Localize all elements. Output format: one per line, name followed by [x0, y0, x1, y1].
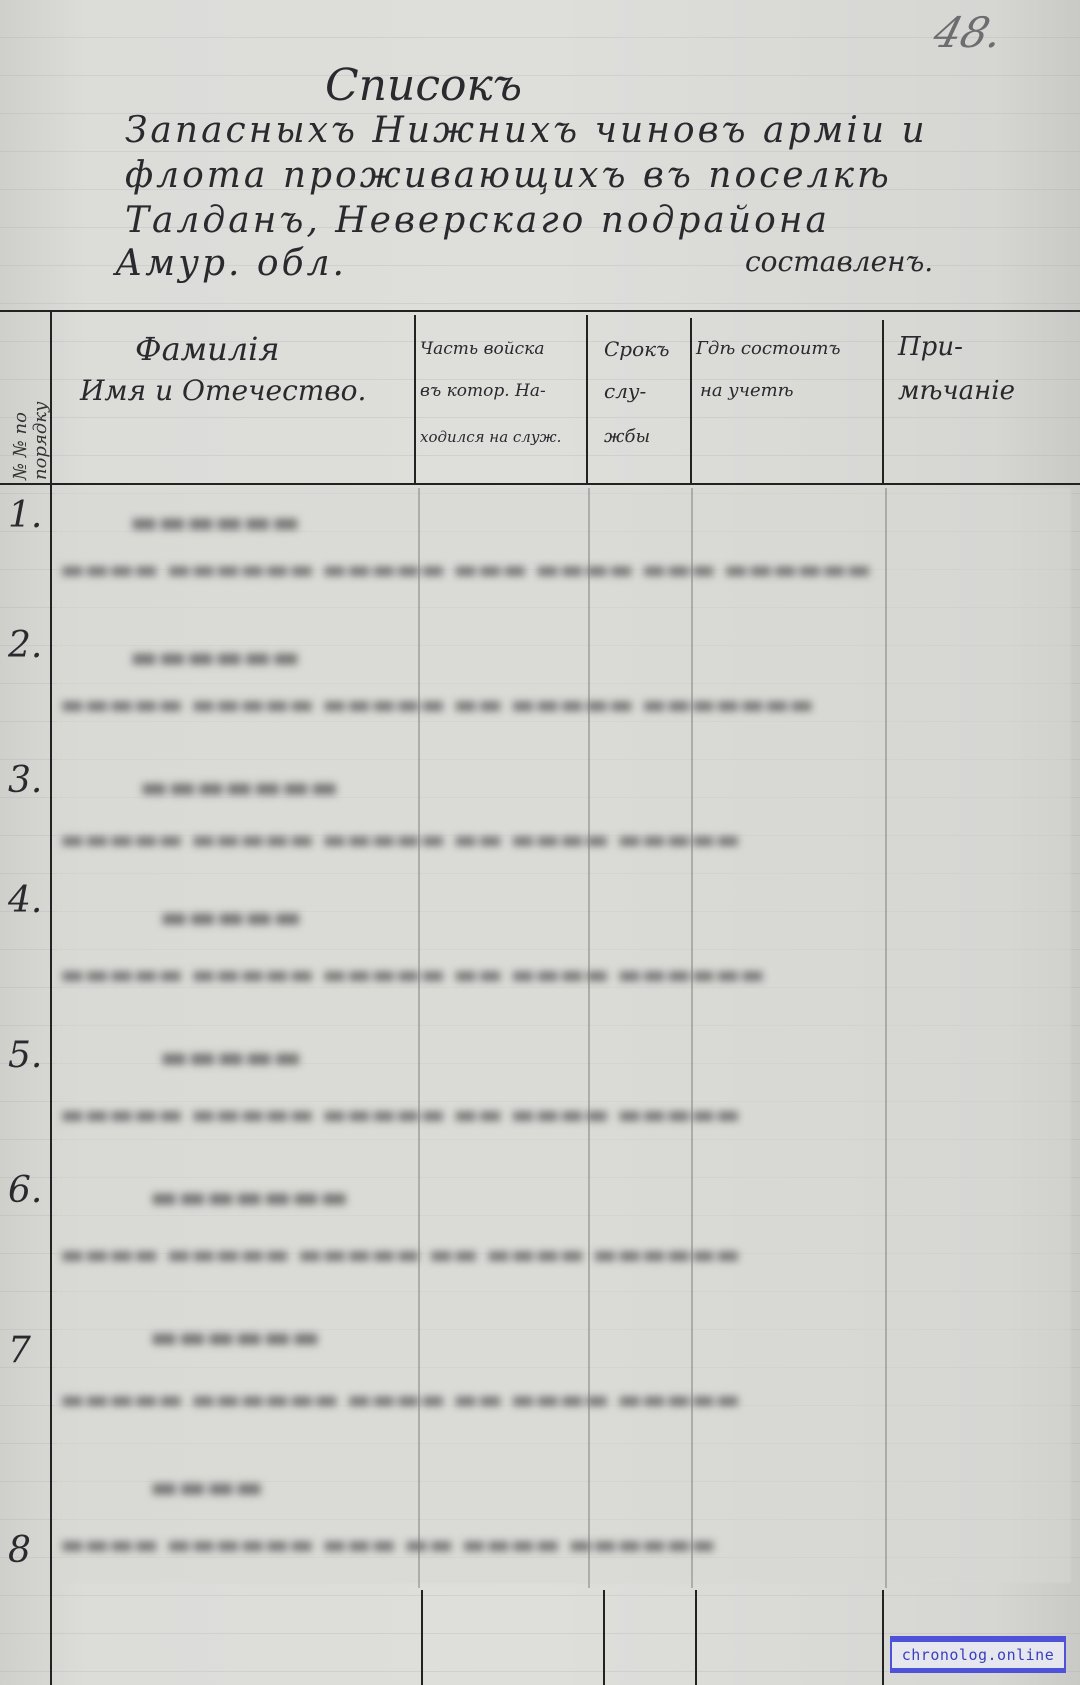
col-divider-unit	[586, 315, 588, 483]
heading-line-1: Запасныхъ Нижнихъ чиновъ арміи и	[125, 110, 928, 151]
col-header-name-l1: Фамилія	[135, 330, 280, 368]
watermark-badge: chronolog.online	[890, 1636, 1066, 1673]
col-header-term-l3: жбы	[604, 418, 650, 456]
col-divider-registry-bottom	[882, 1590, 884, 1685]
row-number: 8	[8, 1530, 31, 1571]
obscured-entry: ▬▬▬▬▬▬	[130, 640, 300, 675]
heading-line-4: Амур. обл.	[115, 243, 347, 284]
row-number: 4.	[8, 880, 42, 921]
obscured-entry: ▬▬▬▬▬▬	[150, 1320, 320, 1355]
obscured-entry: ▬▬▬▬▬▬▬	[150, 1180, 348, 1215]
obscured-entry: ▬▬▬▬▬ ▬▬▬▬▬▬ ▬▬▬▬ ▬▬ ▬▬▬▬ ▬▬▬▬▬	[60, 1385, 740, 1415]
col-header-unit-l3: ходился на служ.	[420, 418, 561, 456]
document-title: Списокъ	[325, 60, 522, 111]
obscured-entry: ▬▬▬▬▬▬	[130, 505, 300, 540]
col-divider-registry	[882, 320, 884, 483]
obscured-entry: ▬▬▬▬▬ ▬▬▬▬▬ ▬▬▬▬▬ ▬▬ ▬▬▬▬ ▬▬▬▬▬	[60, 1100, 740, 1130]
watermark-text: chronolog.online	[892, 1642, 1065, 1668]
blur-col-line	[588, 488, 590, 1588]
blur-col-line	[691, 488, 693, 1588]
col-header-registry-l2: на учетѣ	[700, 372, 794, 410]
header-bottom-border	[0, 483, 1080, 485]
col-header-notes-l1: При-	[898, 328, 963, 366]
row-number: 7	[8, 1330, 31, 1371]
col-header-term-l2: слу-	[604, 372, 646, 410]
obscured-entry: ▬▬▬▬▬ ▬▬▬▬▬ ▬▬▬▬▬ ▬▬ ▬▬▬▬▬ ▬▬▬▬▬▬▬	[60, 690, 814, 720]
col-divider-name	[414, 315, 416, 483]
col-divider-unit-bottom	[603, 1590, 605, 1685]
obscured-entry: ▬▬▬▬▬	[160, 1040, 302, 1075]
col-header-unit-l1: Часть войска	[420, 330, 544, 368]
obscured-entry: ▬▬▬▬	[150, 1470, 263, 1505]
col-divider-term	[690, 318, 692, 483]
blur-col-line	[885, 488, 887, 1588]
col-divider-num	[50, 310, 52, 1685]
archive-page: 48. Списокъ Запасныхъ Нижнихъ чиновъ арм…	[0, 0, 1080, 1685]
obscured-entry: ▬▬▬▬▬ ▬▬▬▬▬ ▬▬▬▬▬ ▬▬ ▬▬▬▬ ▬▬▬▬▬▬	[60, 960, 765, 990]
col-header-name-l2: Имя и Отечество.	[80, 372, 366, 410]
col-divider-name-bottom	[421, 1590, 423, 1685]
obscured-entry: ▬▬▬▬▬▬▬	[140, 770, 338, 805]
heading-line-2: флота проживающихъ въ поселкѣ	[125, 155, 892, 196]
col-header-notes-l2: мѣчаніе	[898, 372, 1015, 410]
col-header-registry-l1: Гдѣ состоитъ	[696, 330, 841, 368]
col-divider-term-bottom	[695, 1590, 697, 1685]
obscured-entry: ▬▬▬▬▬	[160, 900, 302, 935]
obscured-entry: ▬▬▬▬▬ ▬▬▬▬▬ ▬▬▬▬▬ ▬▬ ▬▬▬▬ ▬▬▬▬▬	[60, 825, 740, 855]
row-number: 2.	[8, 625, 42, 666]
blur-col-line	[418, 488, 420, 1588]
obscured-entry: ▬▬▬▬ ▬▬▬▬▬ ▬▬▬▬▬ ▬▬ ▬▬▬▬ ▬▬▬▬▬▬	[60, 1240, 740, 1270]
col-header-unit-l2: въ котор. На-	[420, 372, 546, 410]
obscured-entry: ▬▬▬▬ ▬▬▬▬▬▬ ▬▬▬▬▬ ▬▬▬ ▬▬▬▬ ▬▬▬ ▬▬▬▬▬▬	[60, 555, 871, 585]
heading-line-3: Талданъ, Неверскаго подрайона	[125, 200, 830, 241]
row-number: 1.	[8, 495, 42, 536]
row-number: 6.	[8, 1170, 42, 1211]
page-number: 48.	[928, 8, 1008, 57]
table-top-border	[0, 310, 1080, 312]
composed-label: составленъ.	[745, 245, 933, 278]
row-number: 5.	[8, 1035, 42, 1076]
col-header-num: № № по порядку	[4, 330, 48, 480]
obscured-entry: ▬▬▬▬ ▬▬▬▬▬▬ ▬▬▬ ▬▬ ▬▬▬▬ ▬▬▬▬▬▬	[60, 1530, 715, 1560]
col-header-term-l1: Срокъ	[604, 330, 669, 368]
row-number: 3.	[8, 760, 42, 801]
